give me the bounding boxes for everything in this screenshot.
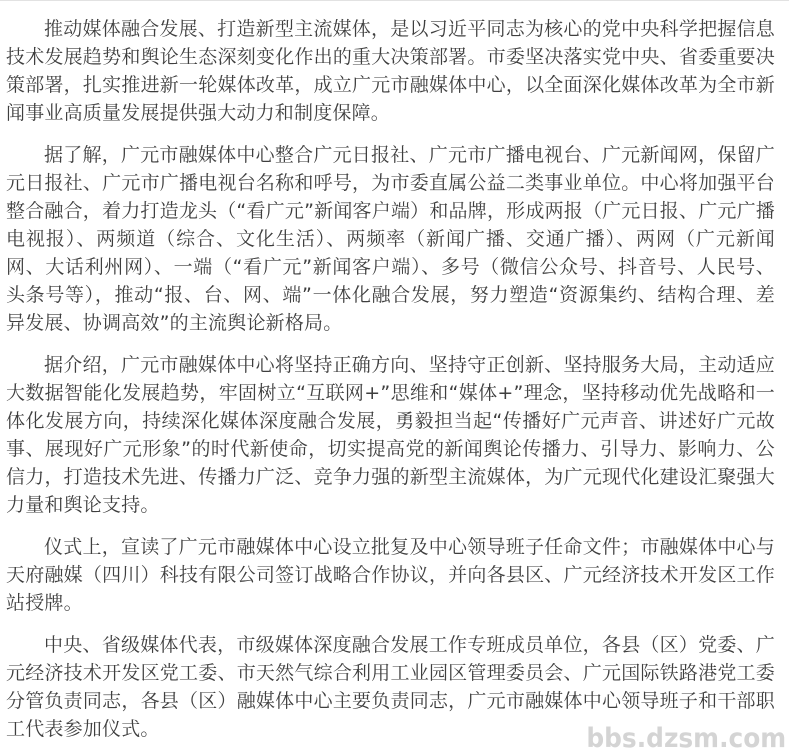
- paragraph-1: 推动媒体融合发展、打造新型主流媒体，是以习近平同志为核心的党中央科学把握信息技术…: [6, 15, 775, 127]
- paragraph-3: 据介绍，广元市融媒体中心将坚持正确方向、坚持守正创新、坚持服务大局，主动适应大数…: [6, 351, 775, 519]
- paragraph-2: 据了解，广元市融媒体中心整合广元日报社、广元市广播电视台、广元新闻网，保留广元日…: [6, 141, 775, 337]
- top-border-line: [0, 0, 789, 1]
- site-watermark: bbs.dzsm.com: [586, 723, 786, 754]
- article-body: 推动媒体融合发展、打造新型主流媒体，是以习近平同志为核心的党中央科学把握信息技术…: [0, 0, 789, 743]
- paragraph-4: 仪式上，宣读了广元市融媒体中心设立批复及中心领导班子任命文件；市融媒体中心与天府…: [6, 533, 775, 617]
